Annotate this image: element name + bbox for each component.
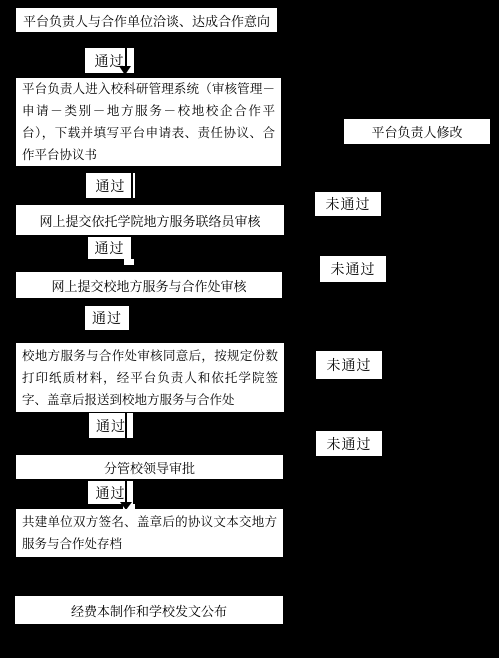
arrow-down-icon-1 [119, 66, 131, 75]
pass-label-3: 通过 [88, 237, 131, 259]
flow-line-1 [125, 48, 127, 67]
flow-line-2 [131, 173, 133, 198]
node-enter-system-line: 平台负责人进入校科研管理系统（审核管理－ [22, 78, 275, 100]
node-enter-system-line: 申请－类别－地方服务－校地校企合作平 [22, 100, 275, 122]
fail-label-3: 未通过 [316, 351, 382, 379]
node-print-materials-line: 打印纸质材料，经平台负责人和依托学院签 [22, 367, 278, 389]
node-enter-system: 平台负责人进入校科研管理系统（审核管理－ 申请－类别－地方服务－校地校企合作平 … [16, 78, 281, 166]
pass-label-4: 通过 [85, 306, 129, 330]
node-archive-line: 共建单位双方签名、盖章后的协议文本交地方 [22, 511, 277, 533]
node-publish: 经费本制作和学校发文公布 [15, 596, 283, 624]
node-archive-line: 服务与合作处存档 [22, 533, 277, 555]
node-leader-approval: 分管校领导审批 [16, 455, 283, 479]
flow-line-6 [125, 481, 127, 504]
node-print-materials: 校地方服务与合作处审核同意后，按规定份数 打印纸质材料，经平台负责人和依托学院签… [16, 343, 284, 412]
flow-line-5 [125, 413, 127, 438]
node-print-materials-line: 字、盖章后报送到校地方服务与合作处 [22, 389, 278, 411]
fail-label-4: 未通过 [316, 431, 382, 456]
node-enter-system-line: 作平台协议书 [22, 144, 275, 166]
fail-label-1: 未通过 [315, 192, 381, 216]
node-cooperation-office-review: 网上提交校地方服务与合作处审核 [16, 272, 282, 298]
pass-label-2: 通过 [86, 173, 135, 198]
node-enter-system-line: 台），下载并填写平台申请表、责任协议、合 [22, 122, 275, 144]
node-archive: 共建单位双方签名、盖章后的协议文本交地方 服务与合作处存档 [16, 509, 283, 557]
node-college-liaison-review: 网上提交依托学院地方服务联络员审核 [16, 205, 284, 235]
node-print-materials-line: 校地方服务与合作处审核同意后，按规定份数 [22, 345, 278, 367]
node-negotiate: 平台负责人与合作单位洽谈、达成合作意向 [16, 8, 277, 32]
flow-notch-3 [124, 259, 134, 265]
fail-label-2: 未通过 [320, 256, 386, 282]
flowchart-canvas: 平台负责人与合作单位洽谈、达成合作意向 通过 平台负责人进入校科研管理系统（审核… [0, 0, 499, 658]
node-modify: 平台负责人修改 [344, 119, 490, 144]
